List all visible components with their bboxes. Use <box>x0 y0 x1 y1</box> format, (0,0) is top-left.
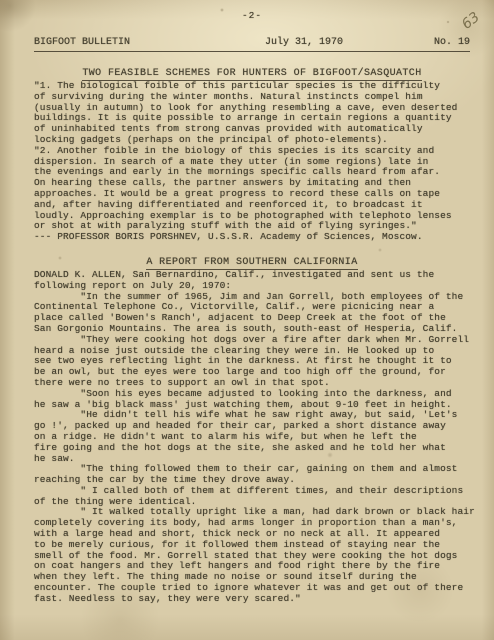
article2-heading: A REPORT FROM SOUTHERN CALIFORNIA <box>146 257 357 270</box>
article1-heading-row: TWO FEASIBLE SCHEMES FOR HUNTERS OF BIGF… <box>34 62 470 81</box>
article1-paragraph-1: "1. The biological foible of this partic… <box>34 81 470 146</box>
article1-paragraph-2: "2. Another foible in the biology of thi… <box>34 146 470 232</box>
report-paragraph: " I called both of them at different tim… <box>34 486 470 508</box>
masthead-date: July 31, 1970 <box>265 37 343 48</box>
report-paragraph: "In the summer of 1965, Jim and Jan Gorr… <box>34 292 470 335</box>
masthead-title: BIGFOOT BULLETIN <box>34 37 130 48</box>
report-intro: DONALD K. ALLEN, San Bernardino, Calif.,… <box>34 270 470 292</box>
report-paragraph: "The thing followed them to their car, g… <box>34 464 470 486</box>
document-page: 63 -2- BIGFOOT BULLETIN July 31, 1970 No… <box>0 0 494 640</box>
report-paragraph: "They were cooking hot dogs over a fire … <box>34 335 470 389</box>
masthead: BIGFOOT BULLETIN July 31, 1970 No. 19 <box>34 37 470 52</box>
report-paragraph: "He didn't tell his wife what he saw rig… <box>34 410 470 464</box>
article1-attribution: --- PROFESSOR BORIS PORSHNEV, U.S.S.R. A… <box>34 232 470 243</box>
article2-heading-row: A REPORT FROM SOUTHERN CALIFORNIA <box>34 251 470 270</box>
page-number: -2- <box>34 10 470 21</box>
report-paragraph: " It walked totally upright like a man, … <box>34 507 470 604</box>
report-paragraph: "Soon his eyes became adjusted to lookin… <box>34 389 470 411</box>
masthead-issue: No. 19 <box>434 37 470 48</box>
